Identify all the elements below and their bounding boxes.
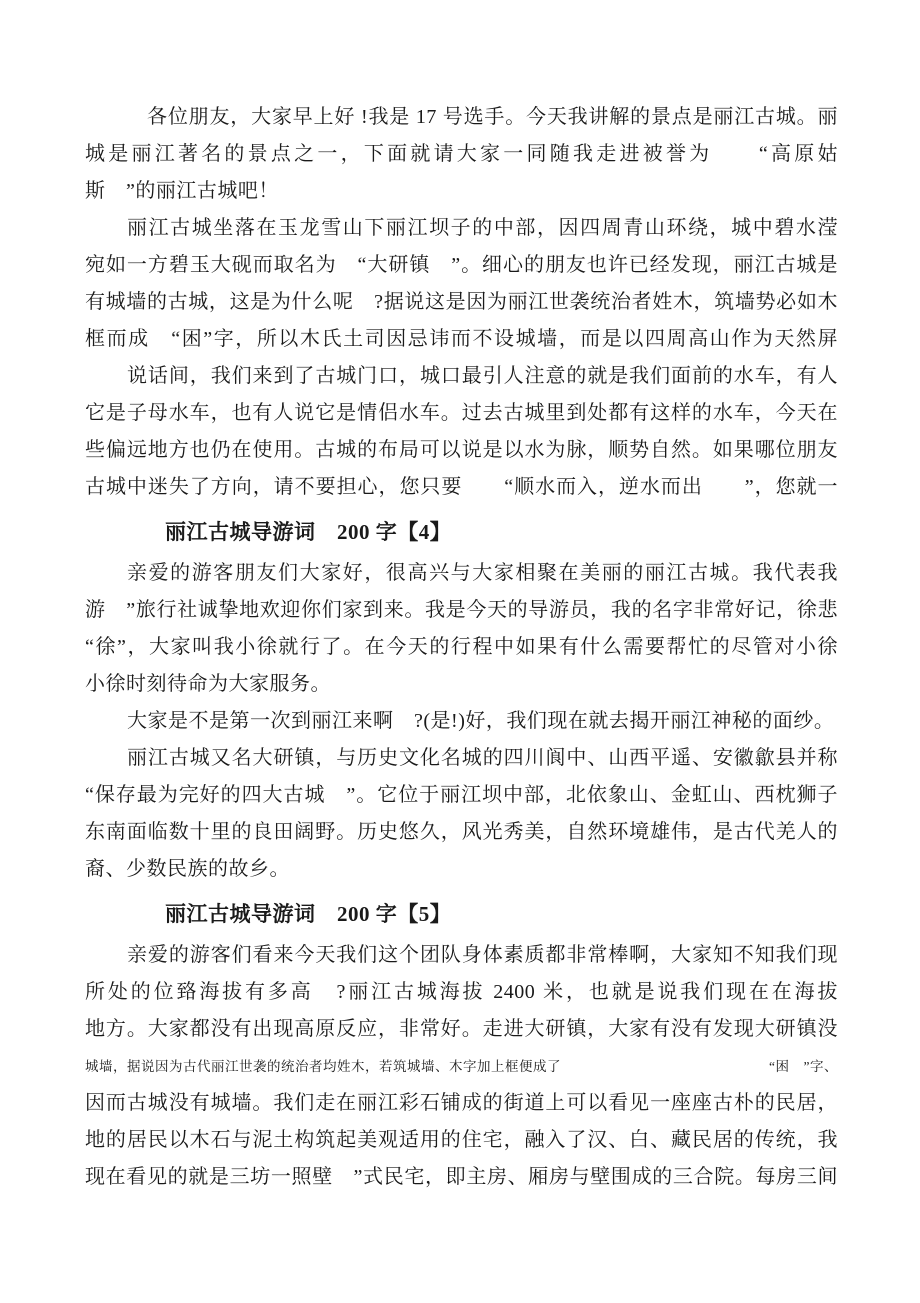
section-heading-5: 丽江古城导游词 200 字【5】 xyxy=(85,896,838,933)
text-line: 有城墙的古城，这是为什么呢 ?据说这是因为丽江世袭统治者姓木，筑墙势必如木字加 xyxy=(85,284,838,321)
text-line: 裔、少数民族的故乡。 xyxy=(85,851,838,888)
text-line: 城是丽江著名的景点之一，下面就请大家一同随我走进被誉为 “高原姑苏 ”和“东方威… xyxy=(85,136,838,173)
text-line: 因而古城没有城墙。我们走在丽江彩石铺成的街道上可以看见一座座古朴的民居，当 xyxy=(85,1085,838,1122)
text-line: 丽江古城坐落在玉龙雪山下丽江坝子的中部，因四周青山环绕，城中碧水滢滢， xyxy=(85,210,838,247)
text-line: 大家是不是第一次到丽江来啊 ?(是!)好，我们现在就去揭开丽江神秘的面纱。 xyxy=(85,703,838,740)
text-line: 现在看见的就是三坊一照壁 ”式民宅，即主房、厢房与壁围成的三合院。每房三间两层， xyxy=(85,1159,838,1196)
text-line: 些偏远地方也仍在使用。古城的布局可以说是以水为脉，顺势自然。如果哪位朋友在 xyxy=(85,432,838,469)
text-line: “保存最为完好的四大古城 ”。它位于丽江坝中部，北依象山、金虹山、西枕狮子山， xyxy=(85,777,838,814)
text-line-small-right: “困 ”字、 xyxy=(769,1048,838,1085)
text-line: 地方。大家都没有出现高原反应，非常好。走进大研镇，大家有没有发现大研镇没有 xyxy=(85,1011,838,1048)
text-line: 各位朋友，大家早上好 !我是 17 号选手。今天我讲解的景点是丽江古城。丽江古 xyxy=(85,99,838,136)
text-line-small: 城墙，据说因为古代丽江世袭的统治者均姓木，若筑城墙、木字加上框便成了 “困 ”字… xyxy=(85,1048,838,1085)
text-line: 东南面临数十里的良田阔野。历史悠久，风光秀美，自然环境雄伟，是古代羌人的后 xyxy=(85,814,838,851)
text-line: 斯 ”的丽江古城吧！ xyxy=(85,173,838,210)
text-line: 说话间，我们来到了古城门口，城口最引人注意的就是我们面前的水车，有人说 xyxy=(85,358,838,395)
text-line: 框而成 “困”字，所以木氏土司因忌讳而不设城墙，而是以四周高山作为天然屏障。 xyxy=(85,321,838,358)
text-line: 亲爱的游客朋友们大家好，很高兴与大家相聚在美丽的丽江古城。我代表我们 “神 xyxy=(85,555,838,592)
text-line: 宛如一方碧玉大砚而取名为 “大研镇 ”。细心的朋友也许已经发现，丽江古城是一座没 xyxy=(85,247,838,284)
text-line-small-left: 城墙，据说因为古代丽江世袭的统治者均姓木，若筑城墙、木字加上框便成了 xyxy=(85,1048,561,1085)
text-line: 小徐时刻待命为大家服务。 xyxy=(85,666,838,703)
text-line: 所处的位臵海拔有多高 ?丽江古城海拔 2400 米，也就是说我们现在在海拔 24… xyxy=(85,974,838,1011)
document-page: 各位朋友，大家早上好 !我是 17 号选手。今天我讲解的景点是丽江古城。丽江古 … xyxy=(0,0,920,1303)
text-line: 丽江古城又名大研镇，与历史文化名城的四川阆中、山西平遥、安徽歙县并称为 xyxy=(85,740,838,777)
text-line: 亲爱的游客们看来今天我们这个团队身体素质都非常棒啊，大家知不知我们现在 xyxy=(85,937,838,974)
section-heading-4: 丽江古城导游词 200 字【4】 xyxy=(85,514,838,551)
document-content: 各位朋友，大家早上好 !我是 17 号选手。今天我讲解的景点是丽江古城。丽江古 … xyxy=(0,0,920,1196)
text-line: 游 ”旅行社诚挚地欢迎你们家到来。我是今天的导游员，我的名字非常好记，徐悲鸿的 xyxy=(85,592,838,629)
text-line: 古城中迷失了方向，请不要担心，您只要 “顺水而入，逆水而出 ”，您就一定会走出来… xyxy=(85,469,838,506)
text-line: 地的居民以木石与泥土构筑起美观适用的住宅，融入了汉、白、藏民居的传统，我们 xyxy=(85,1122,838,1159)
text-line: “徐”，大家叫我小徐就行了。在今天的行程中如果有什么需要帮忙的尽管对小徐讲， xyxy=(85,629,838,666)
text-line: 它是子母水车，也有人说它是情侣水车。过去古城里到处都有这样的水车，今天在一 xyxy=(85,395,838,432)
